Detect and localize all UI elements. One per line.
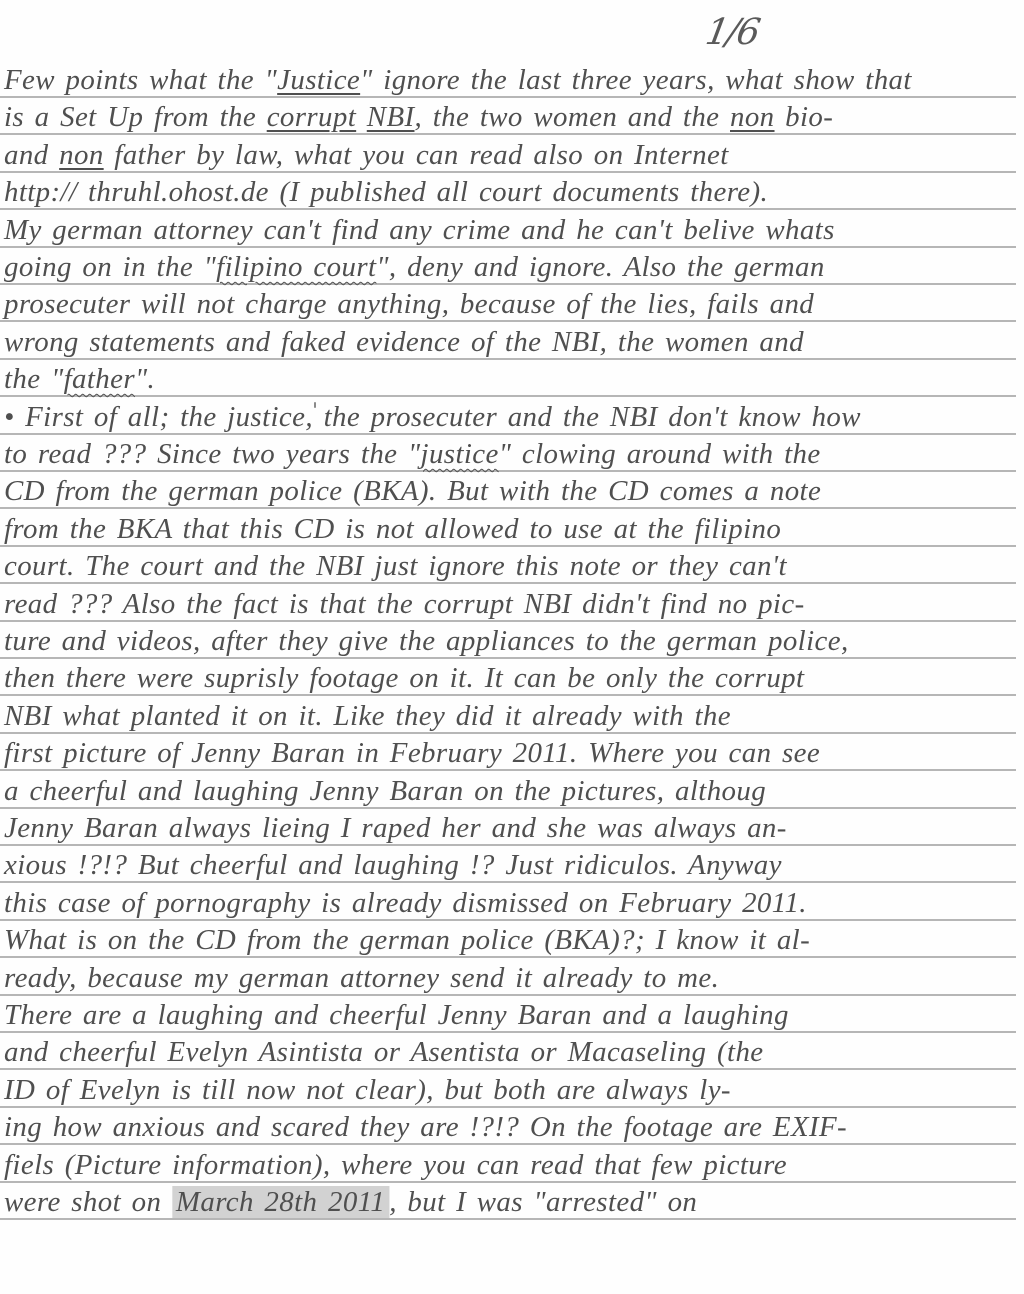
text-segment: prosecuter will not charge anything, bec… [4, 288, 814, 320]
text-line: read ??? Also the fact is that the corru… [4, 586, 1012, 622]
highlighted-date: March 28th 2011 [172, 1186, 389, 1218]
text-segment: and cheerful Evelyn Asintista or Asentis… [4, 1036, 764, 1068]
text-segment: • First of all; the justice, the prosecu… [4, 401, 861, 433]
text-segment: ", deny and ignore. Also the german [376, 251, 824, 283]
text-segment: fiels (Picture information), where you c… [4, 1149, 787, 1181]
text-line: ready, because my german attorney send i… [4, 960, 1012, 996]
text-segment: NBI what planted it on it. Like they did… [4, 700, 731, 732]
text-segment: " ignore the last three years, what show… [360, 64, 912, 96]
text-segment: bio- [775, 101, 834, 133]
text-segment: from the BKA that this CD is not allowed… [4, 513, 781, 545]
text-segment: going on in the " [4, 251, 216, 283]
text-line: first picture of Jenny Baran in February… [4, 735, 1012, 771]
page-number: 1/6 [702, 12, 761, 53]
text-line: What is on the CD from the german police… [4, 922, 1012, 958]
text-line: is a Set Up from the corrupt NBI, the tw… [4, 99, 1012, 135]
text-line: to read ??? Since two years the "justice… [4, 436, 1012, 472]
text-line: fiels (Picture information), where you c… [4, 1147, 1012, 1183]
text-line: Few points what the "Justice" ignore the… [4, 62, 1012, 98]
speck-mark [314, 402, 316, 408]
text-line: There are a laughing and cheerful Jenny … [4, 997, 1012, 1033]
text-line: ture and videos, after they give the app… [4, 623, 1012, 659]
text-segment: the " [4, 363, 64, 395]
text-segment: , but I was "arrested" on [389, 1186, 697, 1218]
text-line: then there were suprisly footage on it. … [4, 660, 1012, 696]
text-segment: a cheerful and laughing Jenny Baran on t… [4, 775, 766, 807]
text-segment: http:// thruhl.ohost.de (I published all… [4, 176, 768, 208]
text-segment: to read ??? Since two years the " [4, 438, 421, 470]
text-line: and cheerful Evelyn Asintista or Asentis… [4, 1034, 1012, 1070]
text-line: court. The court and the NBI just ignore… [4, 548, 1012, 584]
text-segment: CD from the german police (BKA). But wit… [4, 475, 821, 507]
text-line: prosecuter will not charge anything, bec… [4, 286, 1012, 322]
text-segment: ". [135, 363, 155, 395]
text-line: from the BKA that this CD is not allowed… [4, 511, 1012, 547]
text-segment: father by law, what you can read also on… [104, 139, 729, 171]
text-segment: first picture of Jenny Baran in February… [4, 737, 820, 769]
text-line: • First of all; the justice, the prosecu… [4, 399, 1012, 435]
text-line: and non father by law, what you can read… [4, 137, 1012, 173]
text-segment: ID of Evelyn is till now not clear), but… [4, 1074, 731, 1106]
text-segment [356, 101, 367, 133]
text-segment: , the two women and the [415, 101, 730, 133]
text-line: the "father". [4, 361, 1012, 397]
text-line: going on in the "filipino court", deny a… [4, 249, 1012, 285]
underlined-word: non [59, 139, 104, 171]
handwritten-page: 1/6 Few points what the "Justice" ignore… [0, 0, 1024, 1294]
text-segment: ture and videos, after they give the app… [4, 625, 849, 657]
text-segment: " clowing around with the [499, 438, 821, 470]
text-segment: xious !?!? But cheerful and laughing !? … [4, 849, 782, 881]
text-line: CD from the german police (BKA). But wit… [4, 473, 1012, 509]
text-line: this case of pornography is already dism… [4, 885, 1012, 921]
wavy-underlined-word: filipino court [216, 251, 376, 283]
text-segment: Few points what the " [4, 64, 277, 96]
text-line: a cheerful and laughing Jenny Baran on t… [4, 773, 1012, 809]
text-line: My german attorney can't find any crime … [4, 212, 1012, 248]
text-segment: this case of pornography is already dism… [4, 887, 807, 919]
text-segment: were shot on [4, 1186, 172, 1218]
text-segment: wrong statements and faked evidence of t… [4, 326, 804, 358]
text-segment: Jenny Baran always lieing I raped her an… [4, 812, 787, 844]
text-segment: There are a laughing and cheerful Jenny … [4, 999, 789, 1031]
text-line: were shot on March 28th 2011, but I was … [4, 1184, 1012, 1220]
underlined-word: corrupt [267, 101, 356, 133]
text-segment: read ??? Also the fact is that the corru… [4, 588, 805, 620]
text-line: Jenny Baran always lieing I raped her an… [4, 810, 1012, 846]
text-segment: is a Set Up from the [4, 101, 267, 133]
text-segment: court. The court and the NBI just ignore… [4, 550, 787, 582]
text-segment: then there were suprisly footage on it. … [4, 662, 804, 694]
text-segment: ready, because my german attorney send i… [4, 962, 719, 994]
text-segment: What is on the CD from the german police… [4, 924, 810, 956]
text-line: ID of Evelyn is till now not clear), but… [4, 1072, 1012, 1108]
text-line: wrong statements and faked evidence of t… [4, 324, 1012, 360]
text-segment: My german attorney can't find any crime … [4, 214, 835, 246]
underlined-word: non [730, 101, 775, 133]
text-line: NBI what planted it on it. Like they did… [4, 698, 1012, 734]
wavy-underlined-word: father [64, 363, 135, 395]
text-segment: and [4, 139, 59, 171]
underlined-word: Justice [277, 64, 360, 96]
underlined-word: NBI [367, 101, 415, 133]
text-line: xious !?!? But cheerful and laughing !? … [4, 847, 1012, 883]
wavy-underlined-word: justice [421, 438, 499, 470]
text-line: ing how anxious and scared they are !?!?… [4, 1109, 1012, 1145]
text-line: http:// thruhl.ohost.de (I published all… [4, 174, 1012, 210]
text-segment: ing how anxious and scared they are !?!?… [4, 1111, 847, 1143]
